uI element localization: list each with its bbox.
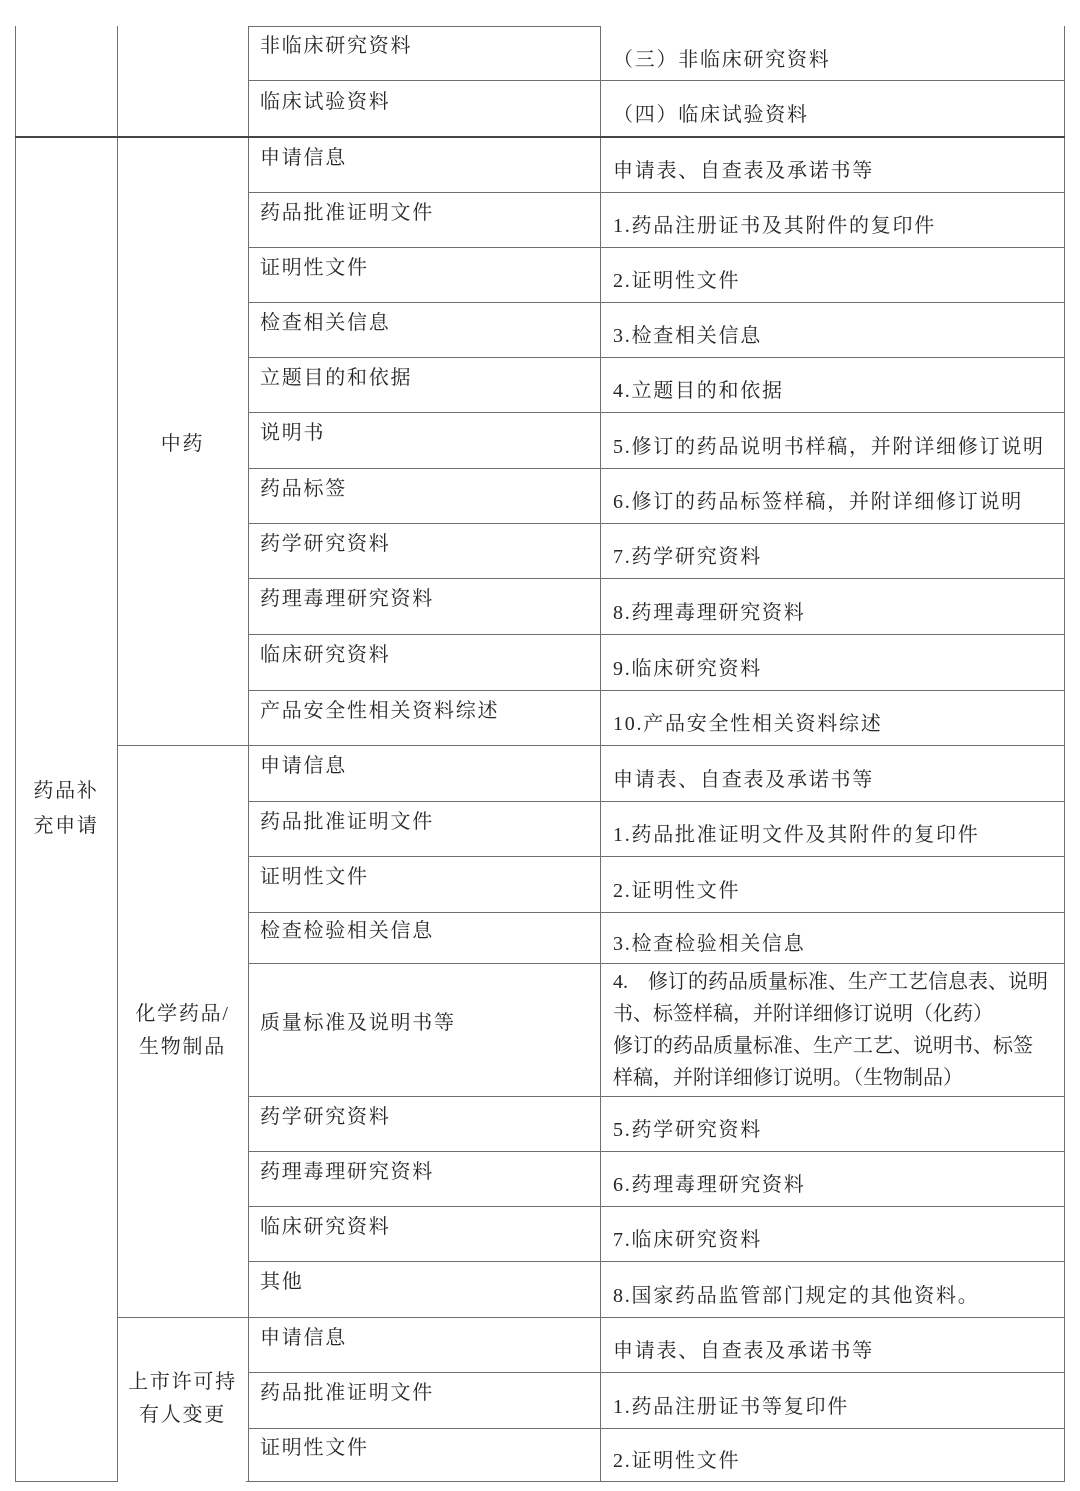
material-item-cell: 申请信息 [248, 137, 600, 192]
material-desc-cell: 8.药理毒理研究资料 [600, 578, 1064, 634]
category-cell: 药品补充申请 [15, 137, 117, 1481]
document-table-page: 非临床研究资料 （三）非临床研究资料 临床试验资料 （四）临床试验资料 药品补充… [0, 0, 1080, 1491]
material-item-cell: 检查检验相关信息 [248, 912, 600, 963]
material-item-cell: 药理毒理研究资料 [248, 578, 600, 634]
material-desc-cell: 8.国家药品监管部门规定的其他资料。 [600, 1261, 1064, 1317]
material-item-cell: 证明性文件 [248, 247, 600, 302]
category-label: 药品补充申请 [31, 774, 101, 844]
material-desc-cell: 1.药品注册证书等复印件 [600, 1372, 1064, 1428]
material-item-cell: 申请信息 [248, 745, 600, 801]
material-desc-cell: 3.检查检验相关信息 [600, 912, 1064, 963]
material-item-cell: 药学研究资料 [248, 523, 600, 578]
material-desc-cell: 9.临床研究资料 [600, 634, 1064, 690]
material-item-cell: 药品批准证明文件 [248, 801, 600, 856]
material-desc-cell: （四）临床试验资料 [600, 80, 1064, 137]
subcategory-cell-huaxue-shengwu: 化学药品/生物制品 [117, 745, 248, 1317]
material-item-cell: 药品标签 [248, 468, 600, 523]
material-item-cell: 临床研究资料 [248, 1206, 600, 1261]
material-item-cell: 药理毒理研究资料 [248, 1151, 600, 1206]
material-desc-cell: 申请表、自查表及承诺书等 [600, 745, 1064, 801]
subcategory-cell-zhongyao: 中药 [117, 137, 248, 745]
material-desc-cell: 申请表、自查表及承诺书等 [600, 137, 1064, 192]
subcategory-label: 上市许可持有人变更 [126, 1366, 240, 1432]
grid-line [246, 1481, 1064, 1482]
material-desc-cell: 3.检查相关信息 [600, 302, 1064, 357]
material-desc-cell: 5.药学研究资料 [600, 1096, 1064, 1151]
material-desc-cell: 4. 修订的药品质量标准、生产工艺信息表、说明 书、标签样稿，并附详细修订说明（… [600, 963, 1064, 1096]
material-item-cell: 说明书 [248, 412, 600, 468]
material-item-cell: 药学研究资料 [248, 1096, 600, 1151]
material-item-cell: 药品批准证明文件 [248, 1372, 600, 1428]
material-desc-cell: 1.药品批准证明文件及其附件的复印件 [600, 801, 1064, 856]
grid-line [1064, 26, 1065, 1482]
material-item-cell: 非临床研究资料 [248, 26, 600, 80]
material-desc-cell: 6.药理毒理研究资料 [600, 1151, 1064, 1206]
material-item-cell: 质量标准及说明书等 [248, 963, 600, 1096]
material-item-cell: 其他 [248, 1261, 600, 1317]
material-item-cell: 立题目的和依据 [248, 357, 600, 412]
material-desc-cell: 4.立题目的和依据 [600, 357, 1064, 412]
material-desc-cell: （三）非临床研究资料 [600, 26, 1064, 80]
material-desc-cell: 1.药品注册证书及其附件的复印件 [600, 192, 1064, 247]
material-desc-cell: 7.药学研究资料 [600, 523, 1064, 578]
material-desc-cell: 2.证明性文件 [600, 856, 1064, 912]
material-item-cell: 产品安全性相关资料综述 [248, 690, 600, 745]
material-desc-cell: 申请表、自查表及承诺书等 [600, 1317, 1064, 1372]
subcategory-label: 化学药品/生物制品 [126, 998, 240, 1064]
material-desc-cell: 2.证明性文件 [600, 247, 1064, 302]
material-item-cell: 申请信息 [248, 1317, 600, 1372]
material-item-cell: 检查相关信息 [248, 302, 600, 357]
subcategory-label: 中药 [161, 427, 205, 456]
material-desc-cell: 5.修订的药品说明书样稿，并附详细修订说明 [600, 412, 1064, 468]
material-desc-cell: 7.临床研究资料 [600, 1206, 1064, 1261]
material-item-cell: 临床研究资料 [248, 634, 600, 690]
subcategory-cell-chiyouren-biangeng: 上市许可持有人变更 [117, 1317, 248, 1481]
grid-line [15, 1481, 118, 1482]
material-desc-cell: 10.产品安全性相关资料综述 [600, 690, 1064, 745]
material-item-cell: 证明性文件 [248, 1428, 600, 1481]
material-item-cell: 证明性文件 [248, 856, 600, 912]
material-item-cell: 药品批准证明文件 [248, 192, 600, 247]
material-item-cell: 临床试验资料 [248, 80, 600, 137]
material-desc-cell: 6.修订的药品标签样稿，并附详细修订说明 [600, 468, 1064, 523]
material-desc-cell: 2.证明性文件 [600, 1428, 1064, 1481]
